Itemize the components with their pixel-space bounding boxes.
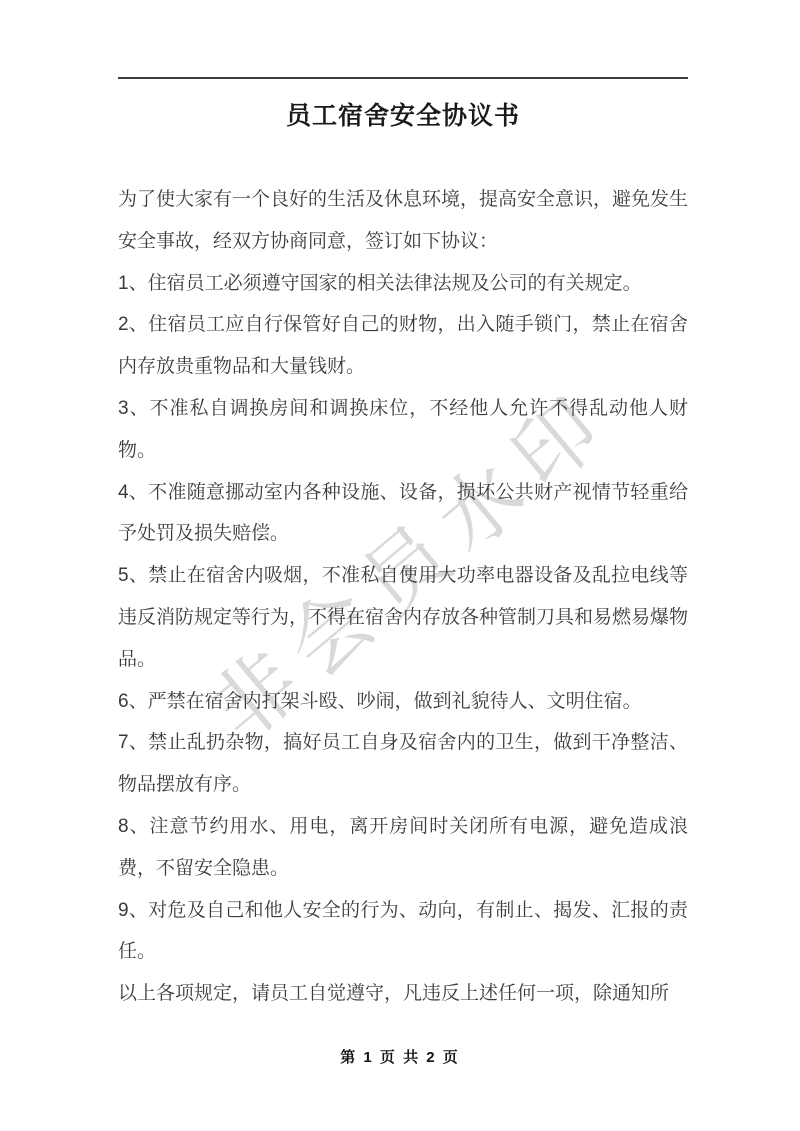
page-title: 员工宿舍安全协议书: [118, 101, 688, 131]
page-number: 第 1 页 共 2 页: [0, 1046, 800, 1067]
closing-paragraph: 以上各项规定，请员工自觉遵守，凡违反上述任何一项，除通知所: [118, 973, 688, 1015]
rule-item-1: 1、住宿员工必须遵守国家的相关法律法规及公司的有关规定。: [118, 263, 688, 305]
header-rule: [118, 77, 688, 79]
document-content: 员工宿舍安全协议书 为了使大家有一个良好的生活及休息环境，提高安全意识，避免发生…: [118, 0, 688, 1015]
rule-item-4: 4、不准随意挪动室内各种设施、设备，损坏公共财产视情节轻重给予处罚及损失赔偿。: [118, 472, 688, 556]
rule-item-5: 5、禁止在宿舍内吸烟，不准私自使用大功率电器设备及乱拉电线等违反消防规定等行为，…: [118, 555, 688, 680]
rule-item-9: 9、对危及自己和他人安全的行为、动向，有制止、揭发、汇报的责任。: [118, 890, 688, 974]
rule-item-3: 3、不准私自调换房间和调换床位，不经他人允许不得乱动他人财物。: [118, 388, 688, 472]
document-body: 为了使大家有一个良好的生活及休息环境，提高安全意识，避免发生安全事故，经双方协商…: [118, 179, 688, 1015]
rule-item-8: 8、注意节约用水、用电，离开房间时关闭所有电源，避免造成浪费，不留安全隐患。: [118, 806, 688, 890]
document-page: 非会员水印 员工宿舍安全协议书 为了使大家有一个良好的生活及休息环境，提高安全意…: [0, 0, 800, 1131]
rule-item-7: 7、禁止乱扔杂物，搞好员工自身及宿舍内的卫生，做到干净整洁、物品摆放有序。: [118, 722, 688, 806]
rule-item-2: 2、住宿员工应自行保管好自己的财物，出入随手锁门，禁止在宿舍内存放贵重物品和大量…: [118, 304, 688, 388]
intro-paragraph: 为了使大家有一个良好的生活及休息环境，提高安全意识，避免发生安全事故，经双方协商…: [118, 179, 688, 263]
rule-item-6: 6、严禁在宿舍内打架斗殴、吵闹，做到礼貌待人、文明住宿。: [118, 681, 688, 723]
